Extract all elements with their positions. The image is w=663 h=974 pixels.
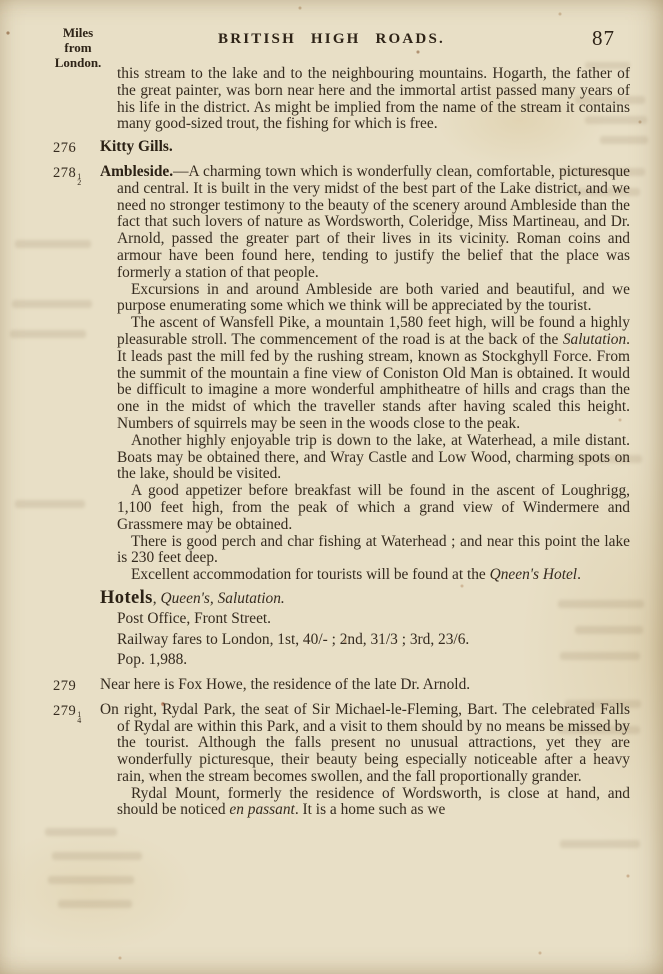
entry-text: On right, Rydal Park, the seat of Sir Mi…: [100, 701, 630, 785]
road-entry-kitty-gills: 276 Kitty Gills.: [117, 139, 630, 156]
mile-marker: 27914: [53, 703, 111, 725]
miles-label-line: London.: [46, 55, 110, 70]
road-entry-fox-howe: 279 Near here is Fox Howe, the residence…: [117, 677, 630, 694]
bleed-through-smudge: [58, 900, 132, 908]
bleed-through-smudge: [48, 876, 134, 884]
mile-marker: 276: [53, 140, 111, 157]
entry-text: Ambleside.—A charming town which is wond…: [100, 163, 630, 281]
paragraph-excursions: Excursions in and around Ambleside are b…: [117, 282, 630, 316]
post-office-line: Post Office, Front Street.: [117, 609, 630, 630]
paragraph-loughrigg: A good appetizer before breakfast will b…: [117, 483, 630, 533]
hotels-line: Hotels, Queen's, Salutation.: [100, 588, 630, 610]
paragraph-fishing: There is good perch and char fishing at …: [117, 534, 630, 568]
mile-marker: 279: [53, 678, 111, 695]
bleed-through-smudge: [15, 240, 91, 248]
book-page: Miles from London. BRITISH HIGH ROADS. 8…: [0, 0, 663, 974]
text-column: this stream to the lake and to the neigh…: [117, 66, 630, 819]
road-entry-rydal-park: 27914 On right, Rydal Park, the seat of …: [117, 702, 630, 786]
mile-fraction: 14: [77, 712, 82, 725]
bleed-through-smudge: [15, 500, 85, 508]
intro-paragraph: this stream to the lake and to the neigh…: [117, 66, 630, 133]
bleed-through-smudge: [12, 300, 92, 308]
paragraph-rydal-mount: Rydal Mount, formerly the residence of W…: [117, 786, 630, 820]
railway-fares-line: Railway fares to London, 1st, 40/- ; 2nd…: [117, 630, 630, 651]
page-header-title: BRITISH HIGH ROADS.: [0, 31, 663, 48]
mile-marker: 27812: [53, 165, 111, 187]
mile-fraction: 12: [77, 174, 82, 187]
entry-text: Near here is Fox Howe, the residence of …: [100, 676, 470, 693]
paragraph-waterhead: Another highly enjoyable trip is down to…: [117, 433, 630, 483]
bleed-through-smudge: [560, 840, 640, 848]
population-line: Pop. 1,988.: [117, 650, 630, 671]
road-entry-ambleside: 27812 Ambleside.—A charming town which i…: [117, 164, 630, 282]
paragraph-wansfell: The ascent of Wansfell Pike, a mountain …: [117, 315, 630, 433]
bleed-through-smudge: [45, 828, 117, 836]
paragraph-accommodation: Excellent accommodation for tourists wil…: [117, 567, 630, 584]
bleed-through-smudge: [52, 852, 142, 860]
bleed-through-smudge: [10, 330, 86, 338]
page-number: 87: [592, 26, 615, 51]
